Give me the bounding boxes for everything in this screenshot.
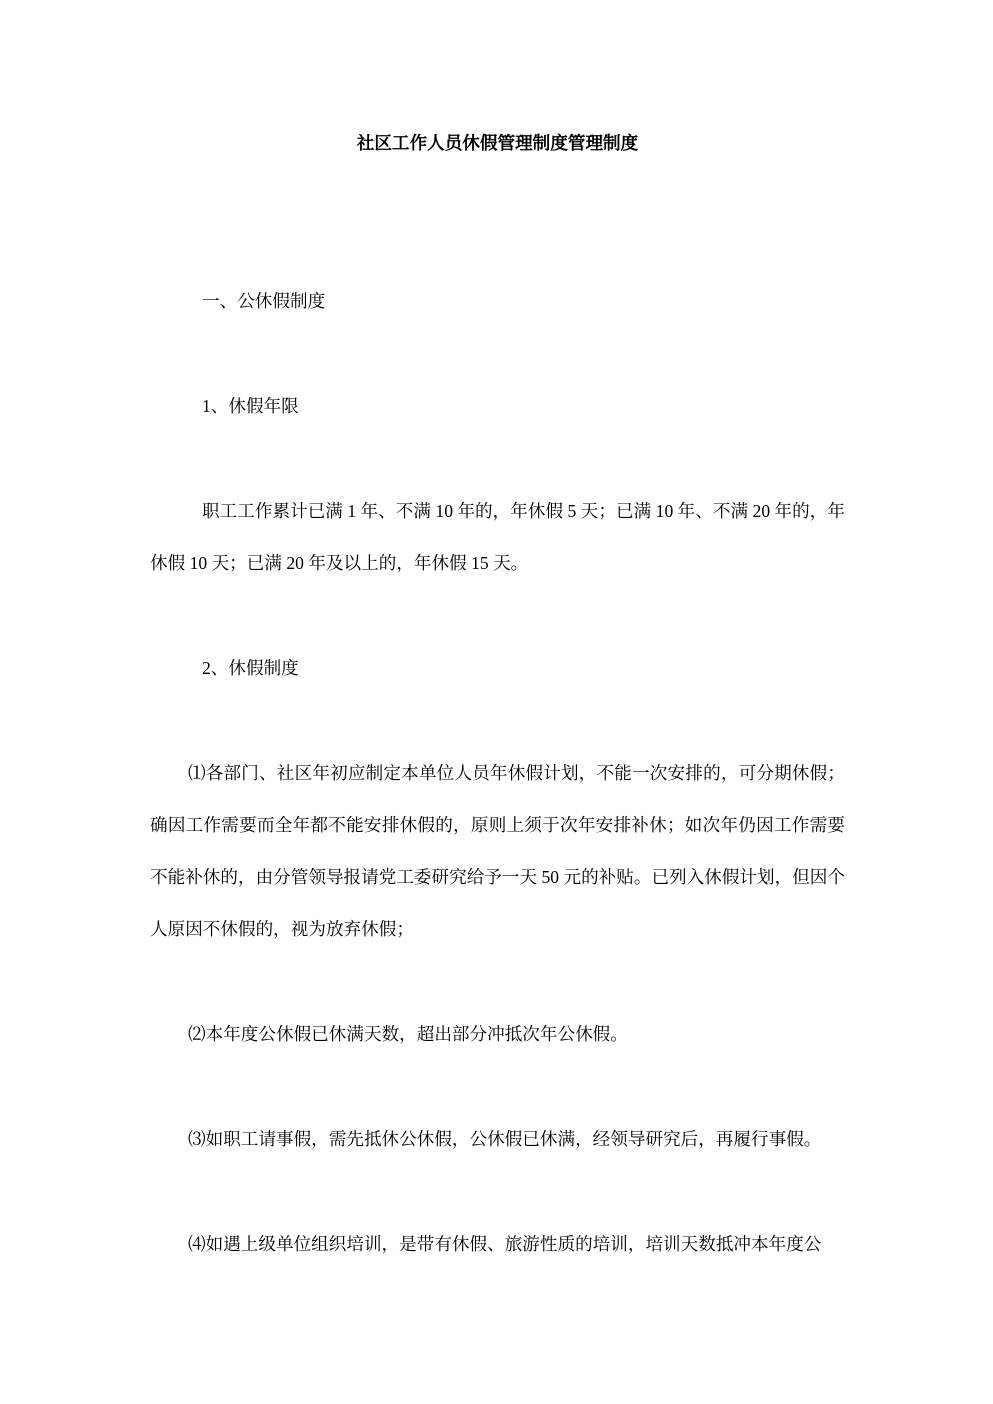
section-heading-public-holiday-system: 一、公休假制度	[150, 275, 845, 327]
sub-heading-leave-years: 1、休假年限	[150, 380, 845, 432]
paragraph-rule-2: ⑵本年度公休假已休满天数，超出部分冲抵次年公休假。	[150, 1008, 845, 1060]
sub-heading-leave-system: 2、休假制度	[150, 642, 845, 694]
paragraph-rule-4: ⑷如遇上级单位组织培训，是带有休假、旅游性质的培训，培训天数抵冲本年度公	[150, 1218, 845, 1270]
paragraph-rule-3: ⑶如职工请事假，需先抵休公休假，公休假已休满，经领导研究后，再履行事假。	[150, 1113, 845, 1165]
paragraph-rule-1: ⑴各部门、社区年初应制定本单位人员年休假计划，不能一次安排的，可分期休假；确因工…	[150, 747, 845, 955]
paragraph-leave-years-detail: 职工工作累计已满 1 年、不满 10 年的，年休假 5 天；已满 10 年、不满…	[150, 485, 845, 589]
doc-title: 社区工作人员休假管理制度管理制度	[150, 117, 845, 169]
document-page: 社区工作人员休假管理制度管理制度 一、公休假制度 1、休假年限 职工工作累计已满…	[0, 0, 993, 1404]
